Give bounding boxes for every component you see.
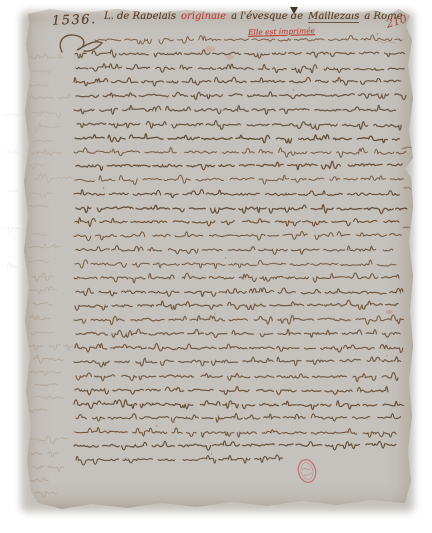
- year-annotation: 1536.: [52, 12, 97, 29]
- handwriting-line: [6, 152, 17, 154]
- red-annotation-word: originale: [181, 11, 226, 23]
- handwriting-line: [7, 191, 17, 192]
- handwriting-line: [4, 114, 21, 116]
- imprint-note: Elle est imprimée: [248, 26, 315, 37]
- manuscript-paper: 1536. L. de Rabelais originale a l'évesq…: [22, 6, 414, 510]
- manuscript-photo: 1536. L. de Rabelais originale a l'évesq…: [0, 0, 432, 533]
- handwriting-line: [7, 263, 17, 268]
- author-name: L. de Rabelais: [104, 11, 176, 23]
